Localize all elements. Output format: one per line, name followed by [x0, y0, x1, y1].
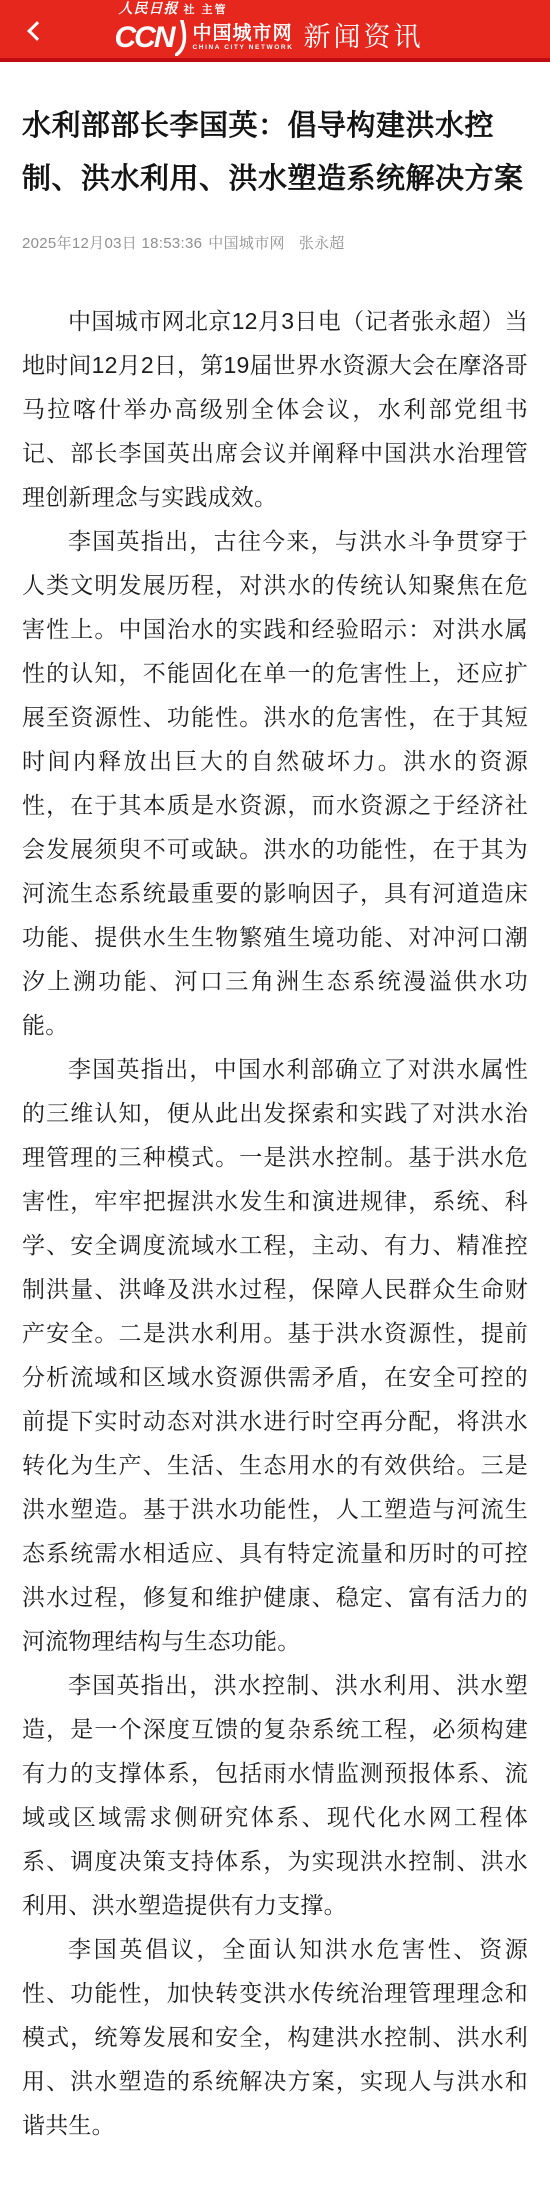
- article-paragraph: 中国城市网北京12月3日电（记者张永超）当地时间12月2日，第19届世界水资源大…: [22, 299, 528, 519]
- chevron-left-icon: [27, 21, 47, 41]
- masthead: 人民日报 社 主管: [114, 3, 227, 17]
- article-paragraph: 李国英指出，洪水控制、洪水利用、洪水塑造，是一个深度互馈的复杂系统工程，必须构建…: [22, 1663, 528, 1927]
- article-body: 中国城市网北京12月3日电（记者张永超）当地时间12月2日，第19届世界水资源大…: [22, 299, 528, 2187]
- logo-row: CCN 中国城市网 CHINA CITY NETWORK 新闻资讯: [114, 20, 423, 56]
- logo-swoosh-icon: [175, 20, 189, 56]
- article-paragraph: 李国英指出，中国水利部确立了对洪水属性的三维认知，便从此出发探索和实践了对洪水治…: [22, 1047, 528, 1663]
- ccn-logo-text: CCN: [114, 23, 174, 53]
- logo-en-text: CHINA CITY NETWORK: [192, 45, 293, 52]
- article-paragraph: 李国英倡议，全面认知洪水危害性、资源性、功能性，加快转变洪水传统治理管理理念和模…: [22, 1927, 528, 2147]
- logo-cn-block: 中国城市网 CHINA CITY NETWORK: [192, 24, 293, 52]
- article-meta: 2025年12月03日 18:53:36 中国城市网 张永超: [22, 232, 528, 253]
- article: 水利部部长李国英：倡导构建洪水控制、洪水利用、洪水塑造系统解决方案 2025年1…: [0, 100, 550, 2187]
- masthead-script-text: 人民日报: [118, 3, 178, 17]
- brand-logo: 人民日报 社 主管 CCN 中国城市网 CHINA CITY NETWORK 新…: [114, 3, 423, 56]
- author-name: 张永超: [299, 232, 345, 253]
- source-name: 中国城市网: [208, 232, 285, 253]
- article-paragraph: 李国英指出，古往今来，与洪水斗争贯穿于人类文明发展历程，对洪水的传统认知聚焦在危…: [22, 519, 528, 1047]
- section-title: 新闻资讯: [304, 24, 424, 51]
- masthead-suffix-text: 社 主管: [183, 5, 227, 16]
- news-article-page: 人民日报 社 主管 CCN 中国城市网 CHINA CITY NETWORK 新…: [0, 0, 550, 2203]
- logo-cn-text: 中国城市网: [192, 24, 293, 43]
- app-header: 人民日报 社 主管 CCN 中国城市网 CHINA CITY NETWORK 新…: [0, 0, 550, 62]
- article-title: 水利部部长李国英：倡导构建洪水控制、洪水利用、洪水塑造系统解决方案: [22, 100, 528, 206]
- publish-datetime: 2025年12月03日 18:53:36: [22, 232, 202, 253]
- back-button[interactable]: [14, 0, 54, 62]
